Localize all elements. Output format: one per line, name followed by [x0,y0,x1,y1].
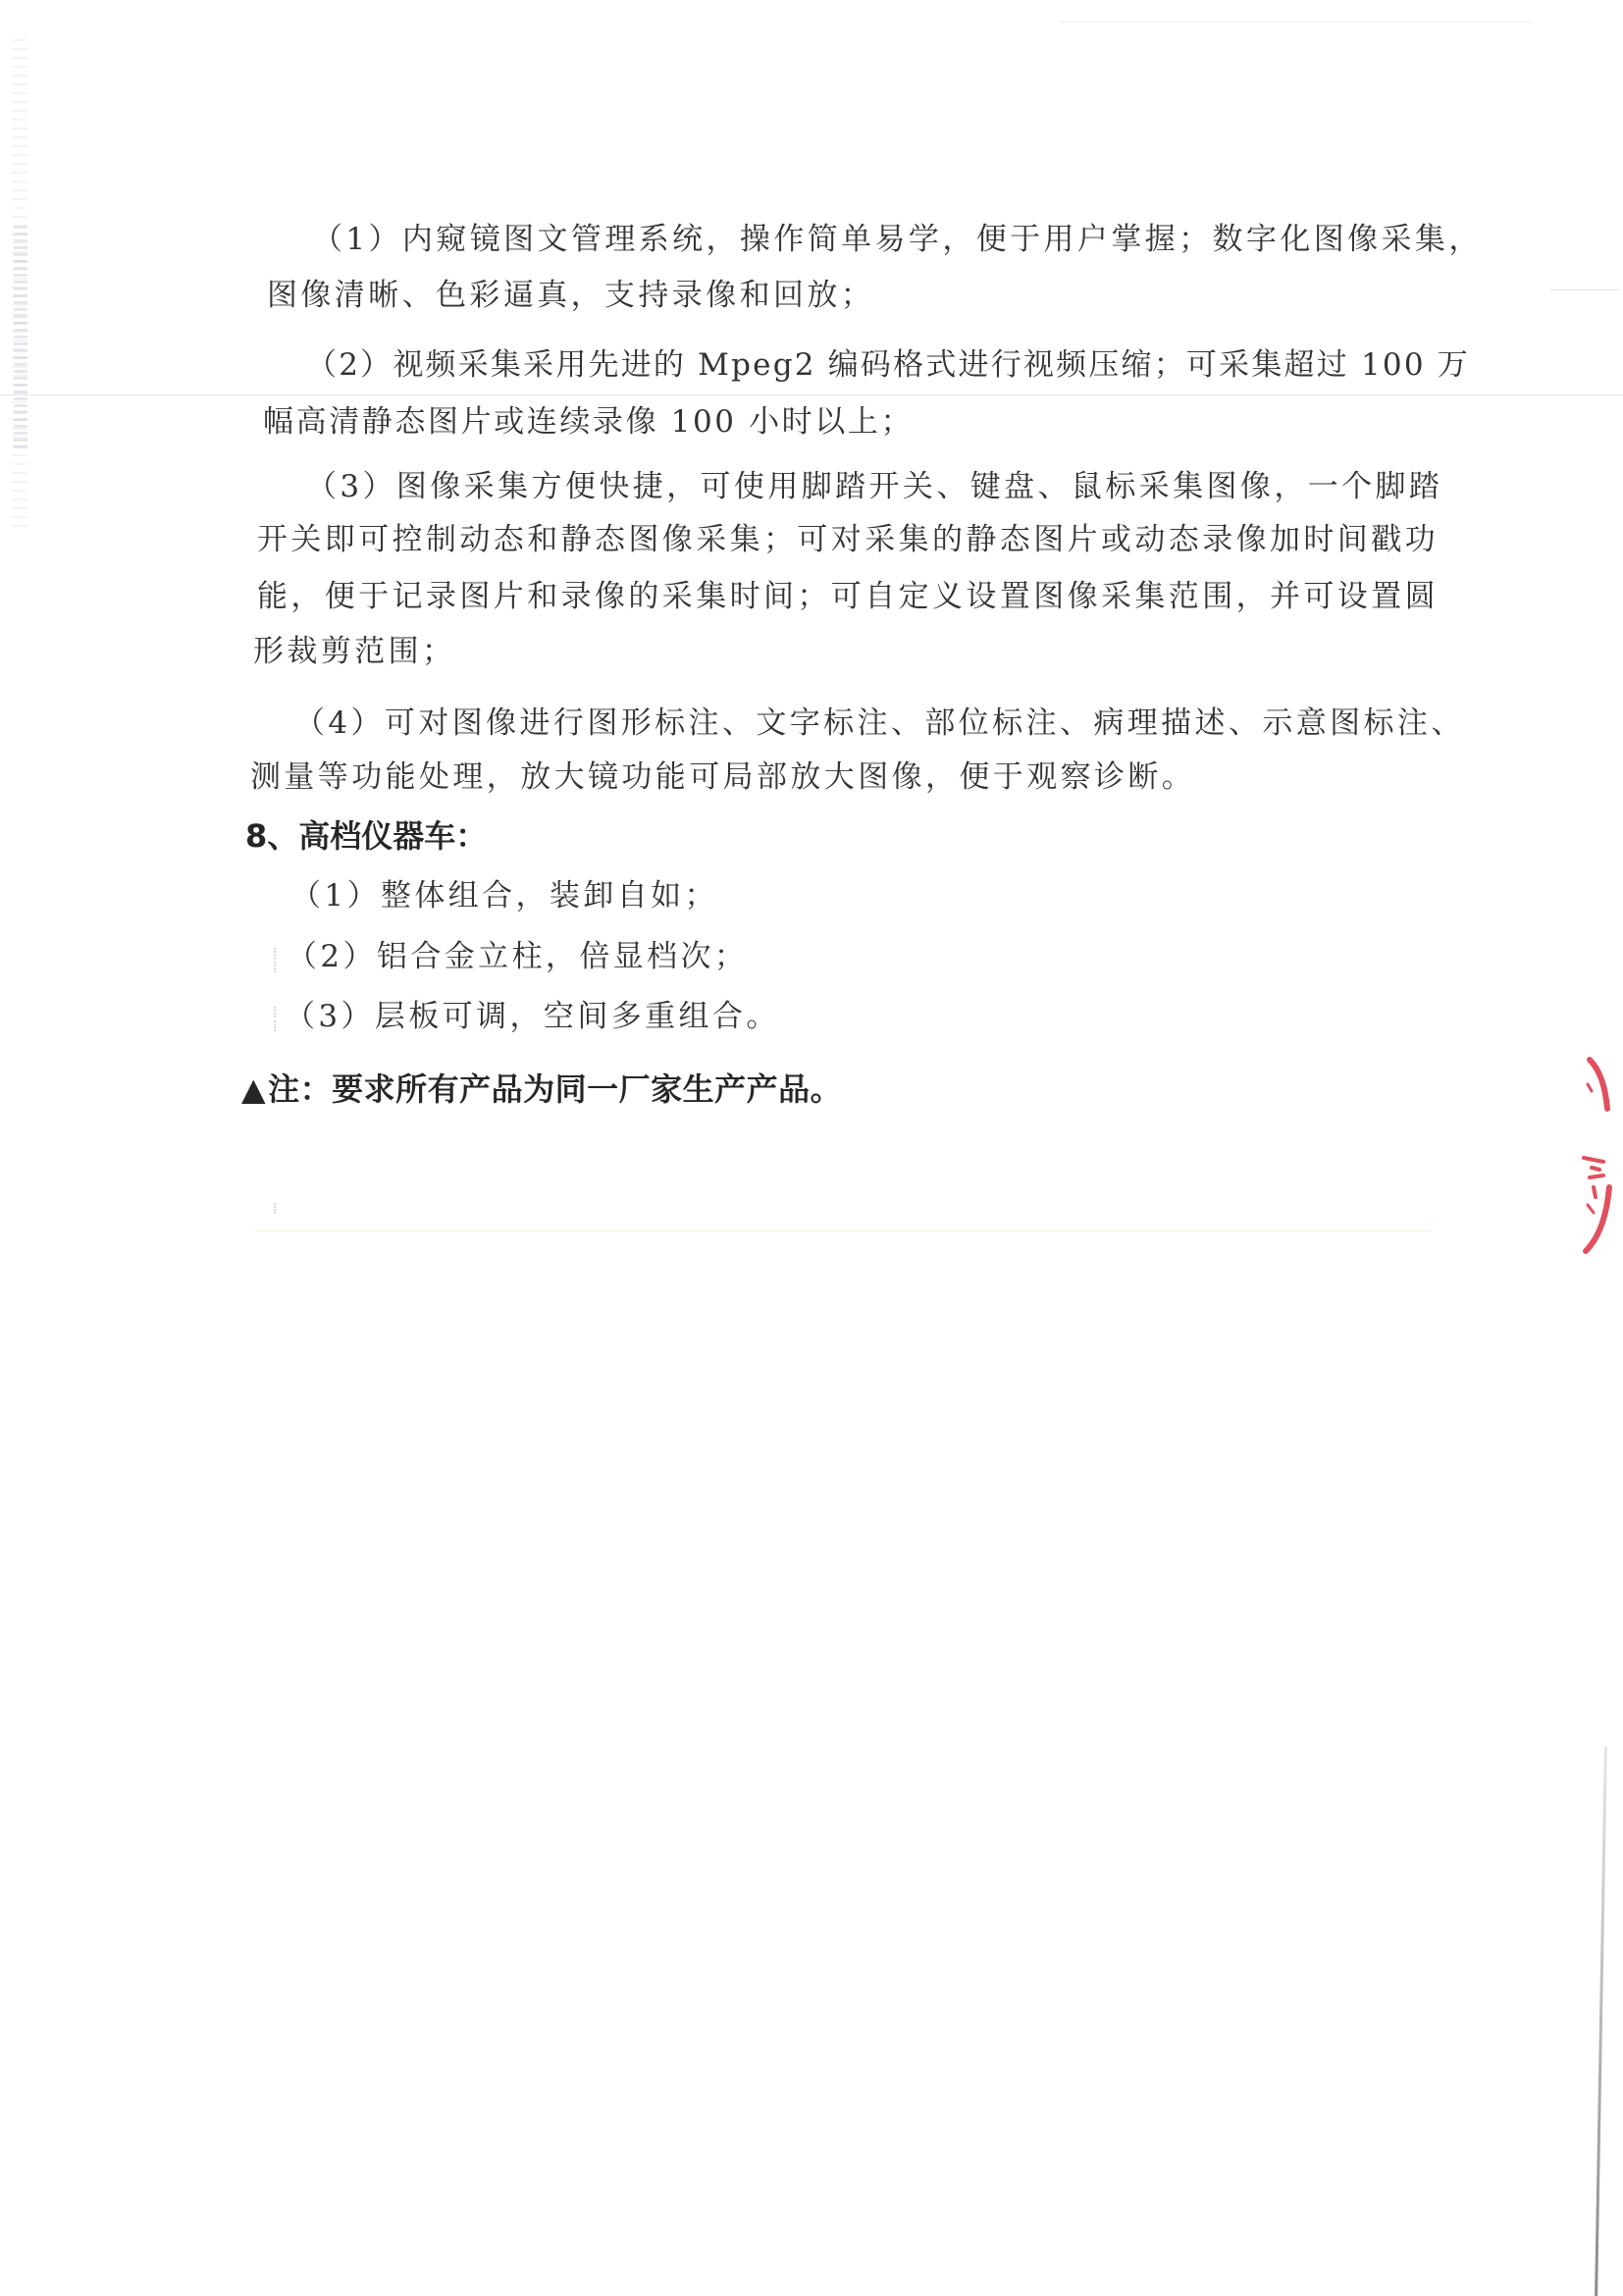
paragraph-3-line-3: 能，便于记录图片和录像的采集时间；可自定义设置图像采集范围，并可设置圆 [257,577,1439,616]
red-seal-stamp-icon [1570,1040,1623,1276]
scan-edge-artifact [14,226,27,451]
scanned-document-page: ⁞⁞ ⁞⁞ ⁞ （1）内窥镜图文管理系统，操作简单易学，便于用户掌握；数字化图像… [0,0,1623,2296]
scan-speckle: ⁞⁞ [273,947,277,974]
scan-speckle: ⁞ [273,1202,277,1216]
section-8-item-3: （3）层板可调，空间多重组合。 [285,997,780,1036]
scan-line-artifact [255,1230,1433,1231]
section-8-heading: 8、高档仪器车： [245,816,487,856]
paragraph-1-line-1: （1）内窥镜图文管理系统，操作简单易学，便于用户掌握；数字化图像采集， [312,220,1483,259]
scan-edge-shadow [1595,1747,1607,2296]
triangle-marker-icon: ▲ [241,1070,266,1109]
paragraph-2-line-1: （2）视频采集采用先进的 Mpeg2 编码格式进行视频压缩；可采集超过 100 … [306,345,1470,385]
scan-line-artifact [1060,22,1531,23]
section-8-item-2: （2）铝合金立柱，倍显档次； [287,937,748,976]
paragraph-2-line-2: 幅高清静态图片或连续录像 100 小时以上； [263,402,914,442]
scan-line-artifact [1550,289,1619,290]
note-line: ▲注：要求所有产品为同一厂家生产产品。 [241,1070,842,1109]
section-8-item-1: （1）整体组合，装卸自如； [290,876,718,915]
scan-speckle: ⁞⁞ [273,1006,277,1033]
scan-line-artifact [0,394,1623,395]
paragraph-1-line-2: 图像清晰、色彩逼真，支持录像和回放； [267,276,874,315]
paragraph-3-line-4: 形裁剪范围； [253,632,455,671]
paragraph-3-line-2: 开关即可控制动态和静态图像采集；可对采集的静态图片或动态录像加时间戳功 [257,520,1439,559]
note-text: 注：要求所有产品为同一厂家生产产品。 [268,1070,842,1108]
paragraph-3-line-1: （3）图像采集方便快捷，可使用脚踏开关、键盘、鼠标采集图像，一个脚踏 [306,467,1442,506]
paragraph-4-line-2: 测量等功能处理，放大镜功能可局部放大图像，便于观察诊断。 [250,757,1195,797]
paragraph-4-line-1: （4）可对图像进行图形标注、文字标注、部位标注、病理描述、示意图标注、 [294,704,1465,743]
